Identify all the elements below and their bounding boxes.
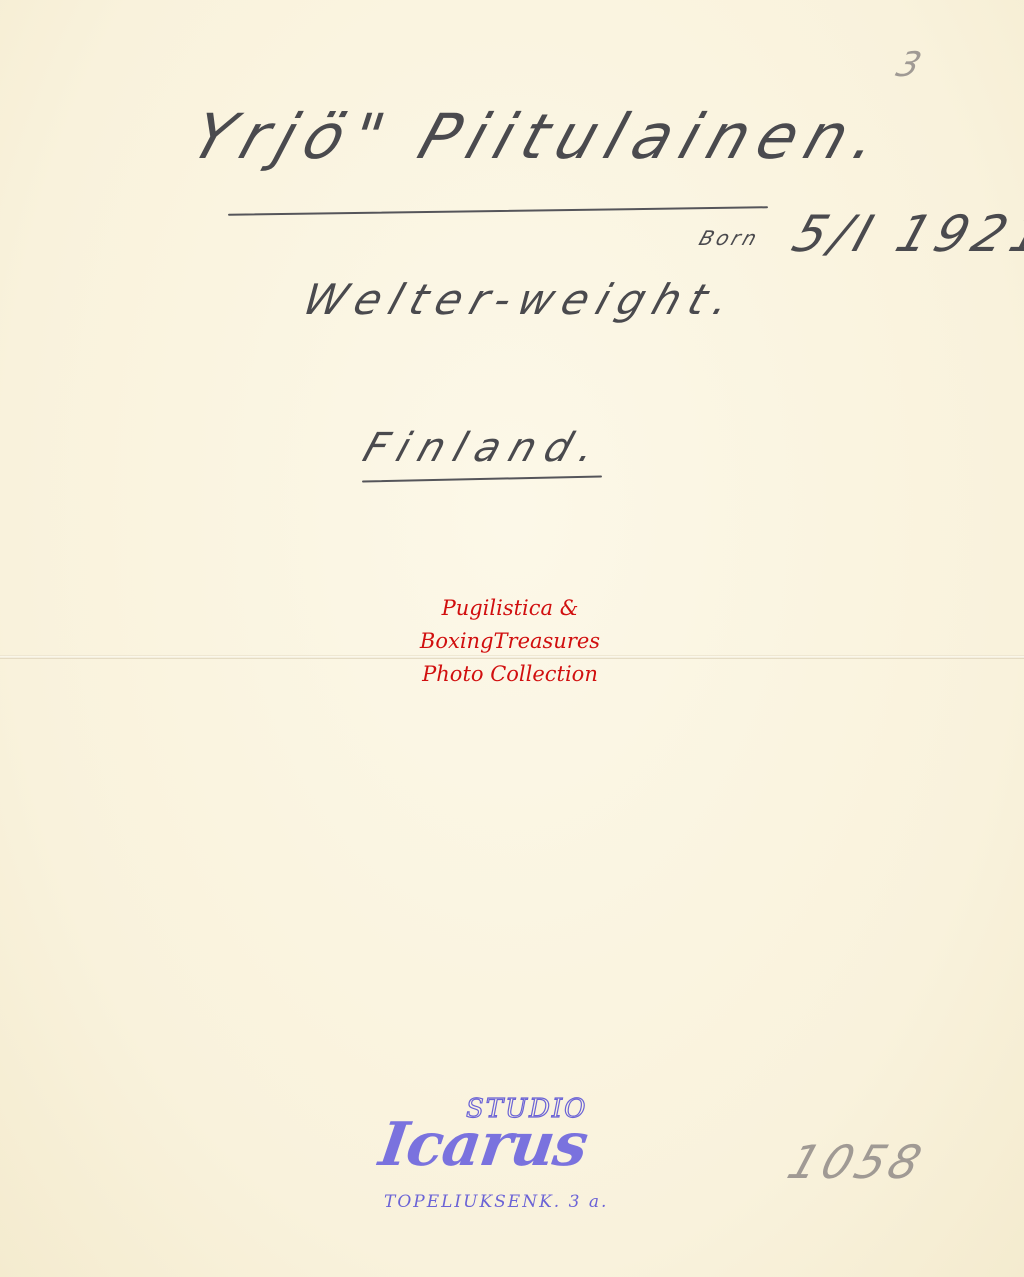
stamp-brand-name: Icarus (375, 1110, 591, 1180)
country: Finland. (358, 425, 612, 471)
watermark-line: BoxingTreasures (350, 625, 670, 658)
studio-stamp: STUDIO Icarus TOPELIUKSENK. 3 a. (378, 1092, 628, 1222)
birth-date: 5/I 1921. (786, 205, 1024, 263)
pencil-catalog-number: 1058 (781, 1135, 932, 1189)
born-label: Born (696, 226, 763, 250)
watermark-line: Photo Collection (350, 658, 670, 691)
corner-pencil-mark: 3 (892, 45, 927, 85)
collection-watermark: Pugilistica & BoxingTreasures Photo Coll… (350, 592, 670, 691)
boxer-name: Yrjö" Piitulainen. (183, 100, 898, 173)
weight-class: Welter-weight. (297, 275, 745, 324)
stamp-address: TOPELIUKSENK. 3 a. (384, 1192, 608, 1212)
watermark-line: Pugilistica & (350, 592, 670, 625)
country-underline (362, 475, 602, 482)
name-underline (228, 206, 768, 216)
